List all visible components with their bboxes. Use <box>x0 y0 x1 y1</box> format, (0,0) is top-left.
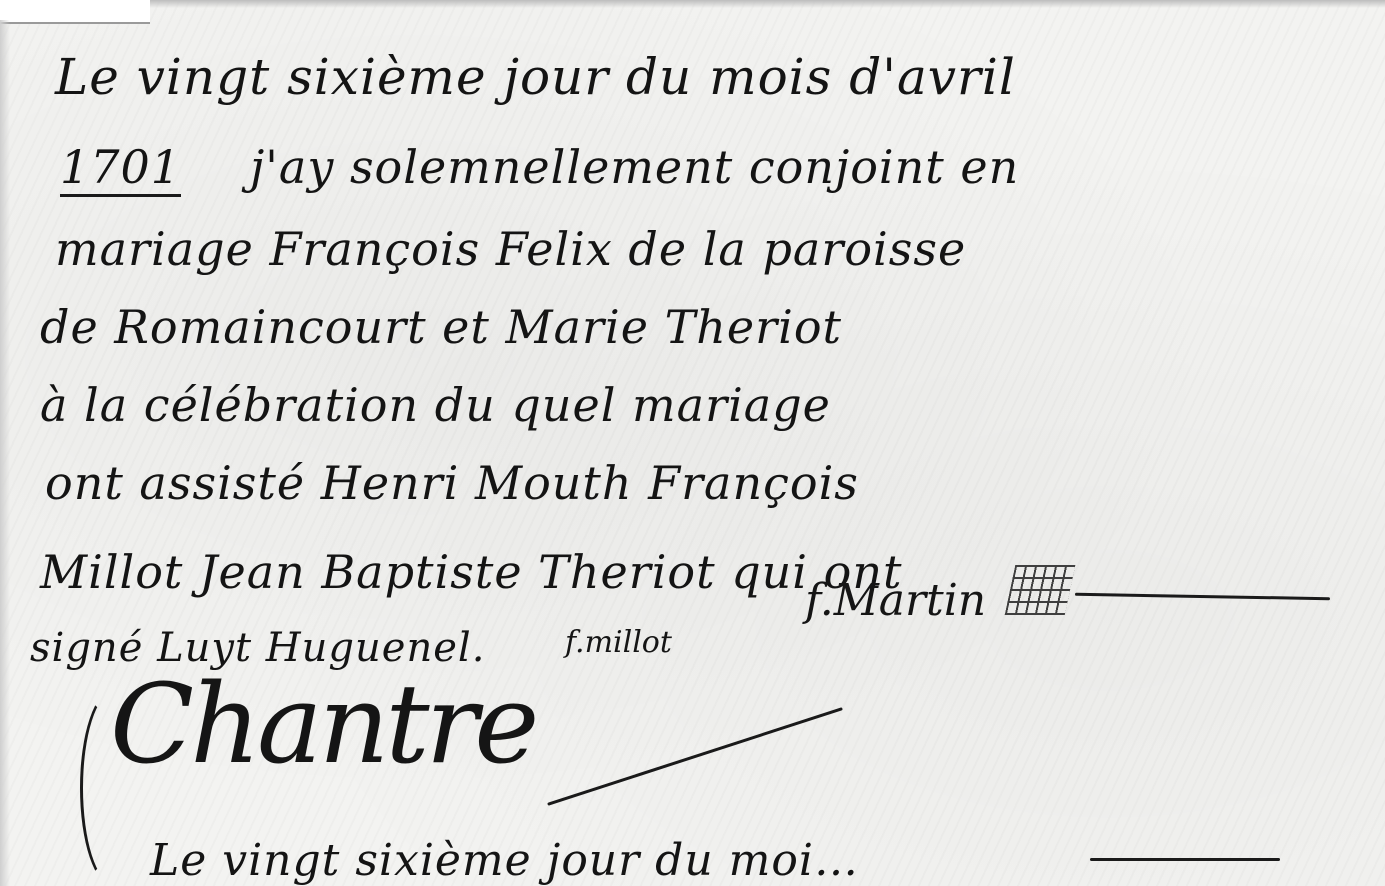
page-top-edge <box>150 0 1385 8</box>
signature-rule-right <box>1075 593 1330 600</box>
next-entry-start: Le vingt sixième jour du moi… <box>150 835 859 886</box>
record-line-1: Le vingt sixième jour du mois d'avril <box>55 48 1016 106</box>
record-line-4: de Romaincourt et Marie Theriot <box>40 300 842 354</box>
record-line-2: 1701 <box>60 140 181 194</box>
record-line-7: Millot Jean Baptiste Theriot qui ont <box>40 545 902 599</box>
year-marginal: 1701 <box>60 140 181 197</box>
record-line-2-text: 1701 j'ay solemnellement conjoint enj'ay… <box>250 140 1019 194</box>
page-left-edge <box>0 20 10 886</box>
next-entry-rule <box>1090 858 1280 861</box>
record-line-2-rest: j'ay solemnellement conjoint en <box>250 140 1019 194</box>
signature-flourish-loop <box>80 690 146 886</box>
torn-corner <box>0 0 150 24</box>
document-page: Le vingt sixième jour du mois d'avril 17… <box>0 0 1385 886</box>
record-line-6: ont assisté Henri Mouth François <box>45 456 859 510</box>
signature-priest: Chantre <box>110 660 535 788</box>
record-line-3: mariage François Felix de la paroisse <box>55 222 966 276</box>
signature-millot: f.millot <box>565 625 672 660</box>
signature-martin: f.Martin <box>805 575 986 626</box>
record-line-5: à la célébration du quel mariage <box>40 378 831 432</box>
signature-flourish-stroke <box>547 707 843 806</box>
witness-mark <box>1005 565 1076 615</box>
